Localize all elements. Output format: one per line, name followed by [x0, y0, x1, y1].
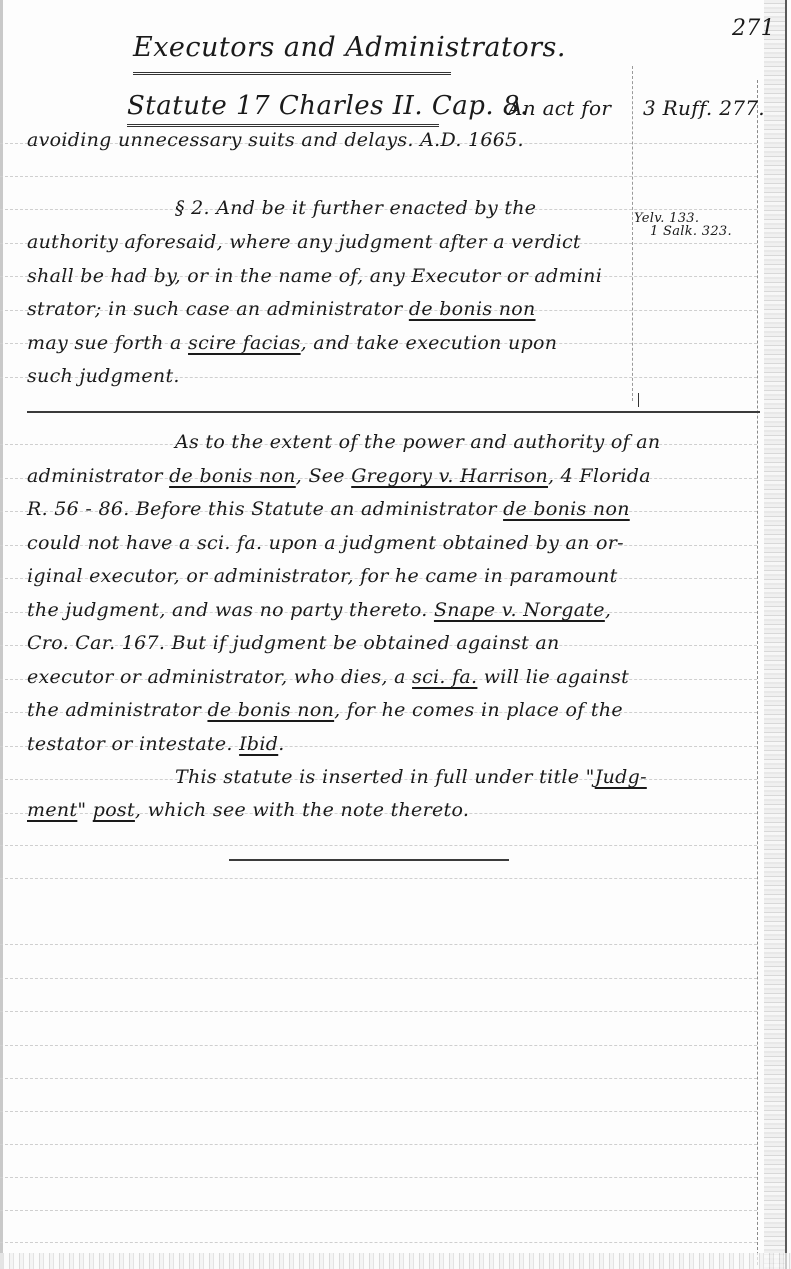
note-line-2-see: , See — [296, 465, 351, 487]
statute-title-tail: An act for — [508, 96, 611, 120]
note-line-8: executor or administrator, who dies, a s… — [27, 665, 629, 689]
ruled-line — [0, 1177, 757, 1178]
closing-line-2-tail: , which see with the note thereto. — [135, 799, 469, 821]
scan-right-edge-line — [785, 0, 787, 1269]
margin-column-right-rule — [757, 80, 758, 1265]
latin-term-scire-facias: scire facias — [188, 332, 301, 354]
closing-line-1-text: This statute is inserted in full under t… — [175, 766, 595, 788]
note-line-8-text: executor or administrator, who dies, a — [27, 666, 412, 688]
term-post: post — [93, 799, 135, 821]
section-2-line-4: strator; in such case an administrator d… — [27, 297, 536, 321]
ruled-line — [0, 1242, 757, 1243]
page-heading: Executors and Administrators. — [133, 32, 566, 64]
closing-line-1: This statute is inserted in full under t… — [175, 765, 647, 789]
ruled-line — [0, 1144, 757, 1145]
case-snape-v-norgate: Snape v. Norgate — [434, 599, 605, 621]
note-line-6: the judgment, and was no party thereto. … — [27, 598, 611, 622]
section-2-line-6: such judgment. — [27, 364, 180, 388]
section-2-line-5-text: may sue forth a — [27, 332, 188, 354]
note-line-2: administrator de bonis non, See Gregory … — [27, 464, 651, 488]
note-line-7: Cro. Car. 167. But if judgment be obtain… — [27, 631, 560, 655]
term-sci-fa: sci. fa. — [412, 666, 477, 688]
ruled-line — [0, 1111, 757, 1112]
manuscript-page: 271 Executors and Administrators. Statut… — [0, 0, 791, 1269]
ruled-line — [0, 878, 757, 879]
note-line-1: As to the extent of the power and author… — [175, 430, 660, 454]
note-line-8-tail: will lie against — [477, 666, 629, 688]
note-line-2-tail: , 4 Florida — [548, 465, 651, 487]
closing-quote: " — [77, 799, 92, 821]
note-line-10-text: testator or intestate. — [27, 733, 239, 755]
note-line-3: R. 56 - 86. Before this Statute an admin… — [27, 497, 630, 521]
closing-line-2: ment" post, which see with the note ther… — [27, 798, 469, 822]
ruled-line — [0, 978, 757, 979]
note-line-4: could not have a sci. fa. upon a judgmen… — [27, 531, 624, 555]
note-line-9: the administrator de bonis non, for he c… — [27, 698, 623, 722]
ruled-line — [0, 1078, 757, 1079]
section-2-line-4-text: strator; in such case an administrator — [27, 298, 409, 320]
note-line-6-tail: , — [605, 599, 611, 621]
ruled-line — [0, 944, 757, 945]
margin-citation-statute: 3 Ruff. 277. — [643, 96, 765, 120]
heading-underline — [133, 72, 451, 75]
note-line-5: iginal executor, or administrator, for h… — [27, 564, 618, 588]
note-line-6-text: the judgment, and was no party thereto. — [27, 599, 434, 621]
section-divider — [27, 411, 760, 413]
note-line-3-text: R. 56 - 86. Before this Statute an admin… — [27, 498, 503, 520]
end-of-entry-rule — [229, 859, 509, 861]
ruled-line — [0, 176, 757, 177]
ruled-line — [0, 1210, 757, 1211]
latin-term-de-bonis-non: de bonis non — [169, 465, 296, 487]
ruled-line — [0, 1045, 757, 1046]
section-2-line-2: authority aforesaid, where any judgment … — [27, 230, 581, 254]
latin-term-de-bonis-non: de bonis non — [503, 498, 630, 520]
ruled-line — [0, 1011, 757, 1012]
scan-right-edge-shadow — [764, 0, 785, 1269]
scan-bottom-edge — [0, 1253, 791, 1269]
case-gregory-v-harrison: Gregory v. Harrison — [351, 465, 548, 487]
section-2-line-1: § 2. And be it further enacted by the — [175, 196, 536, 220]
section-2-line-5: may sue forth a scire facias, and take e… — [27, 331, 557, 355]
note-line-10-tail: . — [278, 733, 284, 755]
citation-ibid: Ibid — [239, 733, 278, 755]
margin-column-left-rule — [632, 66, 633, 401]
page-number: 271 — [732, 16, 775, 42]
section-2-line-3: shall be had by, or in the name of, any … — [27, 264, 602, 288]
latin-term-de-bonis-non: de bonis non — [207, 699, 334, 721]
statute-title-line2: avoiding unnecessary suits and delays. A… — [27, 128, 524, 152]
note-line-10: testator or intestate. Ibid. — [27, 732, 285, 756]
title-judgment-part-1: Judg- — [595, 766, 647, 788]
latin-term-de-bonis-non: de bonis non — [409, 298, 536, 320]
statute-title-underline — [127, 124, 439, 127]
note-line-2-text: administrator — [27, 465, 169, 487]
ruled-line — [0, 845, 757, 846]
margin-tick-mark — [638, 393, 639, 407]
statute-title: Statute 17 Charles II. Cap. 8. — [127, 90, 529, 122]
margin-citation-salk: 1 Salk. 323. — [650, 224, 732, 240]
note-line-9-text: the administrator — [27, 699, 207, 721]
section-2-line-5-tail: , and take execution upon — [301, 332, 558, 354]
title-judgment-part-2: ment — [27, 799, 77, 821]
note-line-9-tail: , for he comes in place of the — [334, 699, 623, 721]
